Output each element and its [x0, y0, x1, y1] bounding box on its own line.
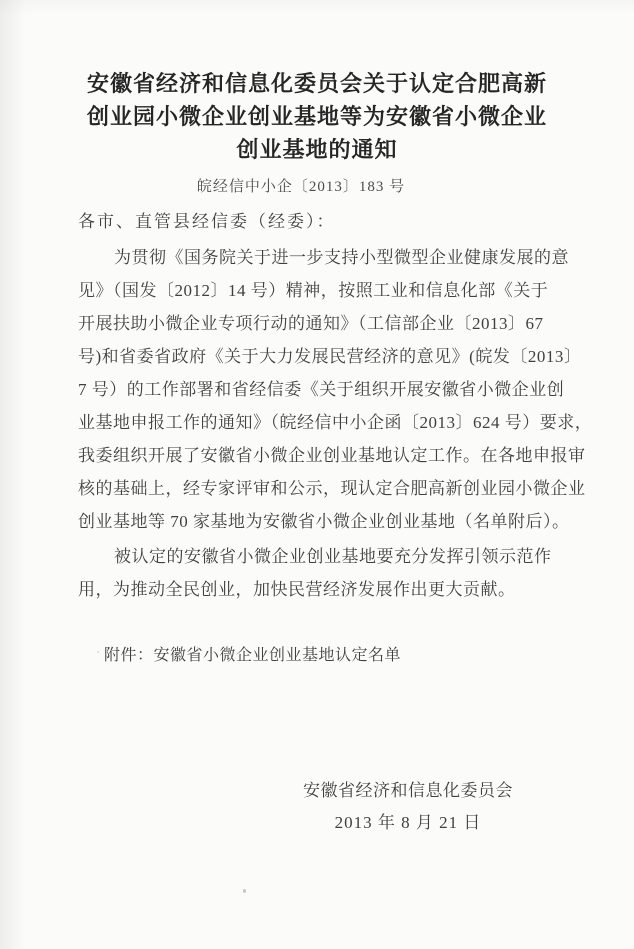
- scan-speck: [97, 651, 99, 653]
- text-line: 用，为推动全民创业，加快民营经济发展作出更大贡献。: [78, 573, 568, 606]
- document-number: 皖经信中小企〔2013〕183 号: [0, 177, 618, 197]
- text-line: 创业园小微企业创业基地等为安徽省小微企业: [0, 100, 634, 133]
- text-line: 号)和省委省政府《关于大力发展民营经济的意见》(皖发〔2013〕: [78, 340, 568, 373]
- text-line: 我委组织开展了安徽省小微企业创业基地认定工作。在各地申报审: [78, 439, 568, 472]
- text-line: 7 号）的工作部署和省经信委《关于组织开展安徽省小微企业创: [78, 373, 568, 406]
- salutation: 各市、直管县经信委（经委）：: [78, 205, 568, 238]
- scan-speck: [243, 889, 246, 893]
- text-line: 为贯彻《国务院关于进一步支持小型微型企业健康发展的意: [78, 241, 568, 274]
- text-line: 创业基地等 70 家基地为安徽省小微企业创业基地（名单附后）。: [78, 505, 568, 538]
- text-line: 核的基础上，经专家评审和公示，现认定合肥高新创业园小微企业: [78, 472, 568, 505]
- signature-date: 2013 年 8 月 21 日: [292, 807, 524, 839]
- text-line: 业基地申报工作的通知》（皖经信中小企函〔2013〕624 号）要求，: [78, 406, 568, 439]
- text-line: 创业基地的通知: [0, 133, 634, 166]
- text-line: 安徽省经济和信息化委员会关于认定合肥高新: [0, 67, 634, 100]
- text-line: 被认定的安徽省小微企业创业基地要充分发挥引领示范作: [78, 540, 568, 573]
- paragraph-1: 为贯彻《国务院关于进一步支持小型微型企业健康发展的意见》（国发〔2012〕14 …: [78, 241, 568, 538]
- attachment-line: 附件：安徽省小微企业创业基地认定名单: [78, 639, 568, 672]
- text-line: 见》（国发〔2012〕14 号）精神，按照工业和信息化部《关于: [78, 274, 568, 307]
- text-line: 开展扶助小微企业专项行动的通知》（工信部企业〔2013〕67: [78, 307, 568, 340]
- document-title: 安徽省经济和信息化委员会关于认定合肥高新创业园小微企业创业基地等为安徽省小微企业…: [0, 0, 634, 166]
- signature-block: 安徽省经济和信息化委员会 2013 年 8 月 21 日: [292, 775, 524, 839]
- signer-name: 安徽省经济和信息化委员会: [292, 775, 524, 807]
- document-body: 各市、直管县经信委（经委）： 为贯彻《国务院关于进一步支持小型微型企业健康发展的…: [78, 205, 568, 672]
- scanned-document-page: 安徽省经济和信息化委员会关于认定合肥高新创业园小微企业创业基地等为安徽省小微企业…: [0, 0, 634, 949]
- paragraph-2: 被认定的安徽省小微企业创业基地要充分发挥引领示范作用，为推动全民创业，加快民营经…: [78, 540, 568, 606]
